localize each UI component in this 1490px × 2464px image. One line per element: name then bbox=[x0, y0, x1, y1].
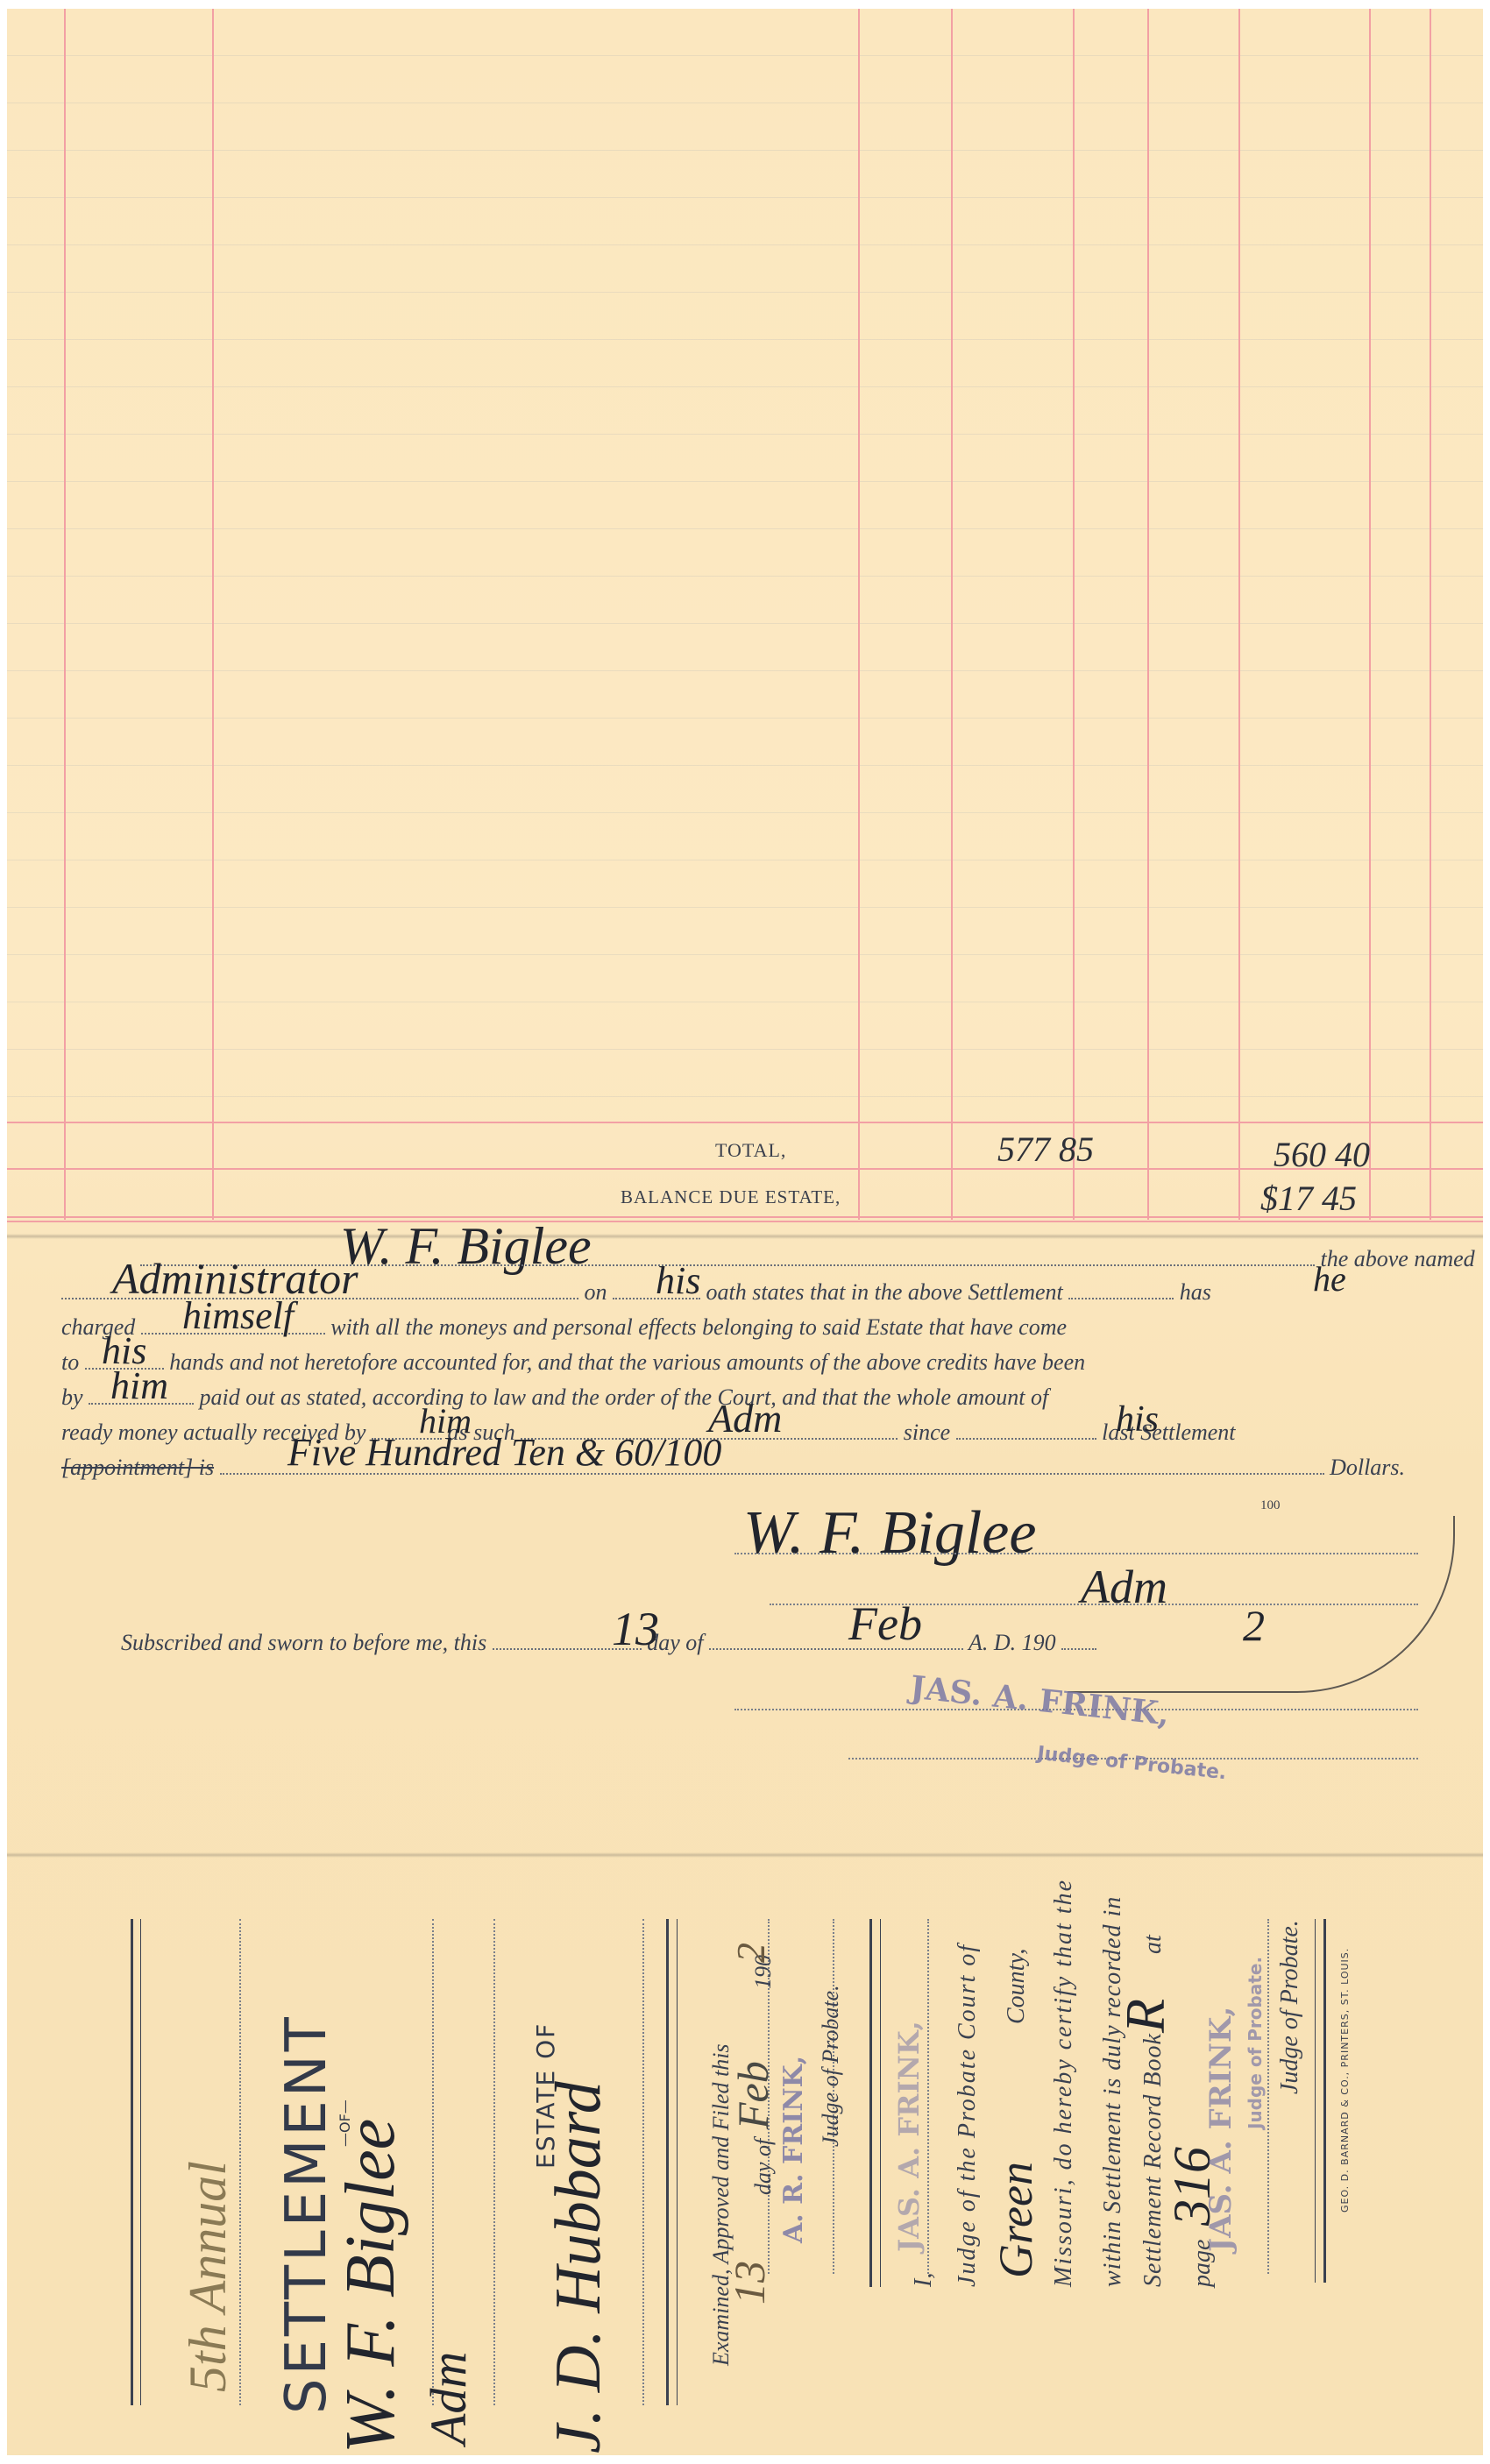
pronoun-handwritten: his bbox=[656, 1258, 700, 1303]
certificate-judge-stamp: JAS. A. FRINK, bbox=[892, 2021, 926, 2252]
ledger-column-rule bbox=[1369, 9, 1371, 1220]
pronoun-subject-handwritten: he bbox=[1313, 1258, 1346, 1299]
himself-handwritten: himself bbox=[182, 1293, 294, 1338]
county-label: County, bbox=[1003, 1949, 1031, 2024]
cover-dotted-rule bbox=[432, 1919, 434, 2405]
cover-border-left-thin bbox=[140, 1919, 141, 2405]
ledger-column-rule bbox=[951, 9, 953, 1220]
settlement-ordinal-handwritten: 5th Annual bbox=[178, 2161, 238, 2392]
certificate-i: I, bbox=[910, 2273, 938, 2287]
cover-border-right-thick bbox=[1323, 1919, 1326, 2283]
ledger-row-rule bbox=[7, 1221, 1483, 1222]
record-at-label: at bbox=[1139, 1935, 1167, 1954]
filed-month-handwritten: Feb bbox=[727, 2061, 778, 2129]
cover-dotted-rule bbox=[1267, 1919, 1269, 2274]
ledger-column-rule bbox=[1430, 9, 1431, 1220]
ledger-column-rule bbox=[1073, 9, 1075, 1220]
settlement-admin-title-handwritten: Adm bbox=[419, 2352, 478, 2445]
filed-judge-stamp: A. R. FRINK, bbox=[778, 2056, 809, 2243]
judge-stamp-title: Judge of Probate. bbox=[1036, 1743, 1227, 1785]
ledger-ruled-lines bbox=[7, 9, 1483, 1122]
jurat-day-handwritten: 13 bbox=[612, 1602, 659, 1656]
paper-fold bbox=[7, 1234, 1483, 1239]
his2-handwritten: his bbox=[1116, 1398, 1159, 1441]
total-debit-amount: 577 85 bbox=[997, 1129, 1094, 1170]
jurat-month-handwritten: Feb bbox=[848, 1597, 922, 1651]
amount-in-words-handwritten: Five Hundred Ten & 60/100 bbox=[287, 1430, 721, 1475]
jurat-year-handwritten: 2 bbox=[1243, 1600, 1265, 1651]
filed-day-of: day of bbox=[750, 2139, 777, 2195]
record-book-handwritten: R bbox=[1113, 1999, 1178, 2033]
balance-due-label: BALANCE DUE ESTATE, bbox=[621, 1186, 841, 1208]
certificate-line-judge: Judge of the Probate Court of bbox=[954, 1944, 982, 2287]
ledger-column-rule bbox=[212, 9, 214, 1220]
him-handwritten: him bbox=[110, 1363, 168, 1408]
filed-day-handwritten: 13 bbox=[724, 2261, 775, 2305]
paper-fold bbox=[7, 1852, 1483, 1858]
county-handwritten: Green bbox=[989, 2162, 1043, 2278]
certificate-judge-label: Judge of Probate. bbox=[1276, 1920, 1304, 2094]
cover-border-mid-thin bbox=[677, 1919, 678, 2405]
total-credit-amount: 560 40 bbox=[1274, 1134, 1370, 1175]
cover-divider-thin bbox=[880, 1919, 881, 2287]
certificate-stamp-2: JAS. A. FRINK, bbox=[1203, 2007, 1238, 2252]
ledger-row-rule bbox=[7, 1168, 1483, 1170]
estate-name-handwritten: J. D. Hubbard bbox=[542, 2081, 616, 2453]
settlement-administrator-handwritten: W. F. Biglee bbox=[331, 2119, 411, 2453]
document-page: TOTAL, BALANCE DUE ESTATE, 577 85 560 40… bbox=[7, 9, 1483, 2455]
jurat-line: Subscribed and sworn to before me, this … bbox=[121, 1630, 1483, 1656]
total-label: TOTAL, bbox=[715, 1139, 786, 1162]
cover-dotted-rule bbox=[642, 1919, 644, 2405]
certificate-line-missouri: Missouri, do hereby certify that the bbox=[1050, 1879, 1078, 2287]
printer-credit: GEO. D. BARNARD & CO., PRINTERS, ST. LOU… bbox=[1339, 1948, 1351, 2213]
cover-border-mid bbox=[666, 1919, 669, 2405]
cover-border-right bbox=[1315, 1919, 1316, 2283]
affiant-signature: W. F. Biglee bbox=[743, 1498, 1036, 1568]
ledger-column-rule bbox=[64, 9, 66, 1220]
ledger-column-rule bbox=[1147, 9, 1149, 1220]
oath-line-4: to hands and not heretofore accounted fo… bbox=[61, 1349, 1446, 1376]
filed-judge-label: Judge of Probate. bbox=[818, 1985, 844, 2147]
settlement-title: SETTLEMENT bbox=[274, 2014, 339, 2414]
cover-divider bbox=[869, 1919, 872, 2287]
cover-border-left bbox=[131, 1919, 133, 2405]
cents-denominator: 100 bbox=[1260, 1498, 1281, 1513]
filed-year-handwritten: 2 bbox=[727, 1943, 774, 1963]
cover-dotted-rule bbox=[927, 1919, 929, 2274]
cover-dotted-rule bbox=[493, 1919, 495, 2405]
balance-due-amount: $17 45 bbox=[1260, 1178, 1357, 1219]
oath-line-7: [appointment] is Dollars. bbox=[61, 1455, 1446, 1481]
certificate-stamp-2-title: Judge of Probate. bbox=[1245, 1957, 1266, 2129]
ledger-column-rule bbox=[1238, 9, 1240, 1220]
ledger-column-rule bbox=[858, 9, 860, 1220]
ledger-row-rule bbox=[7, 1122, 1483, 1123]
certificate-line-within: within Settlement is duly recorded in bbox=[1099, 1896, 1127, 2287]
cover-dotted-rule bbox=[239, 1919, 241, 2405]
